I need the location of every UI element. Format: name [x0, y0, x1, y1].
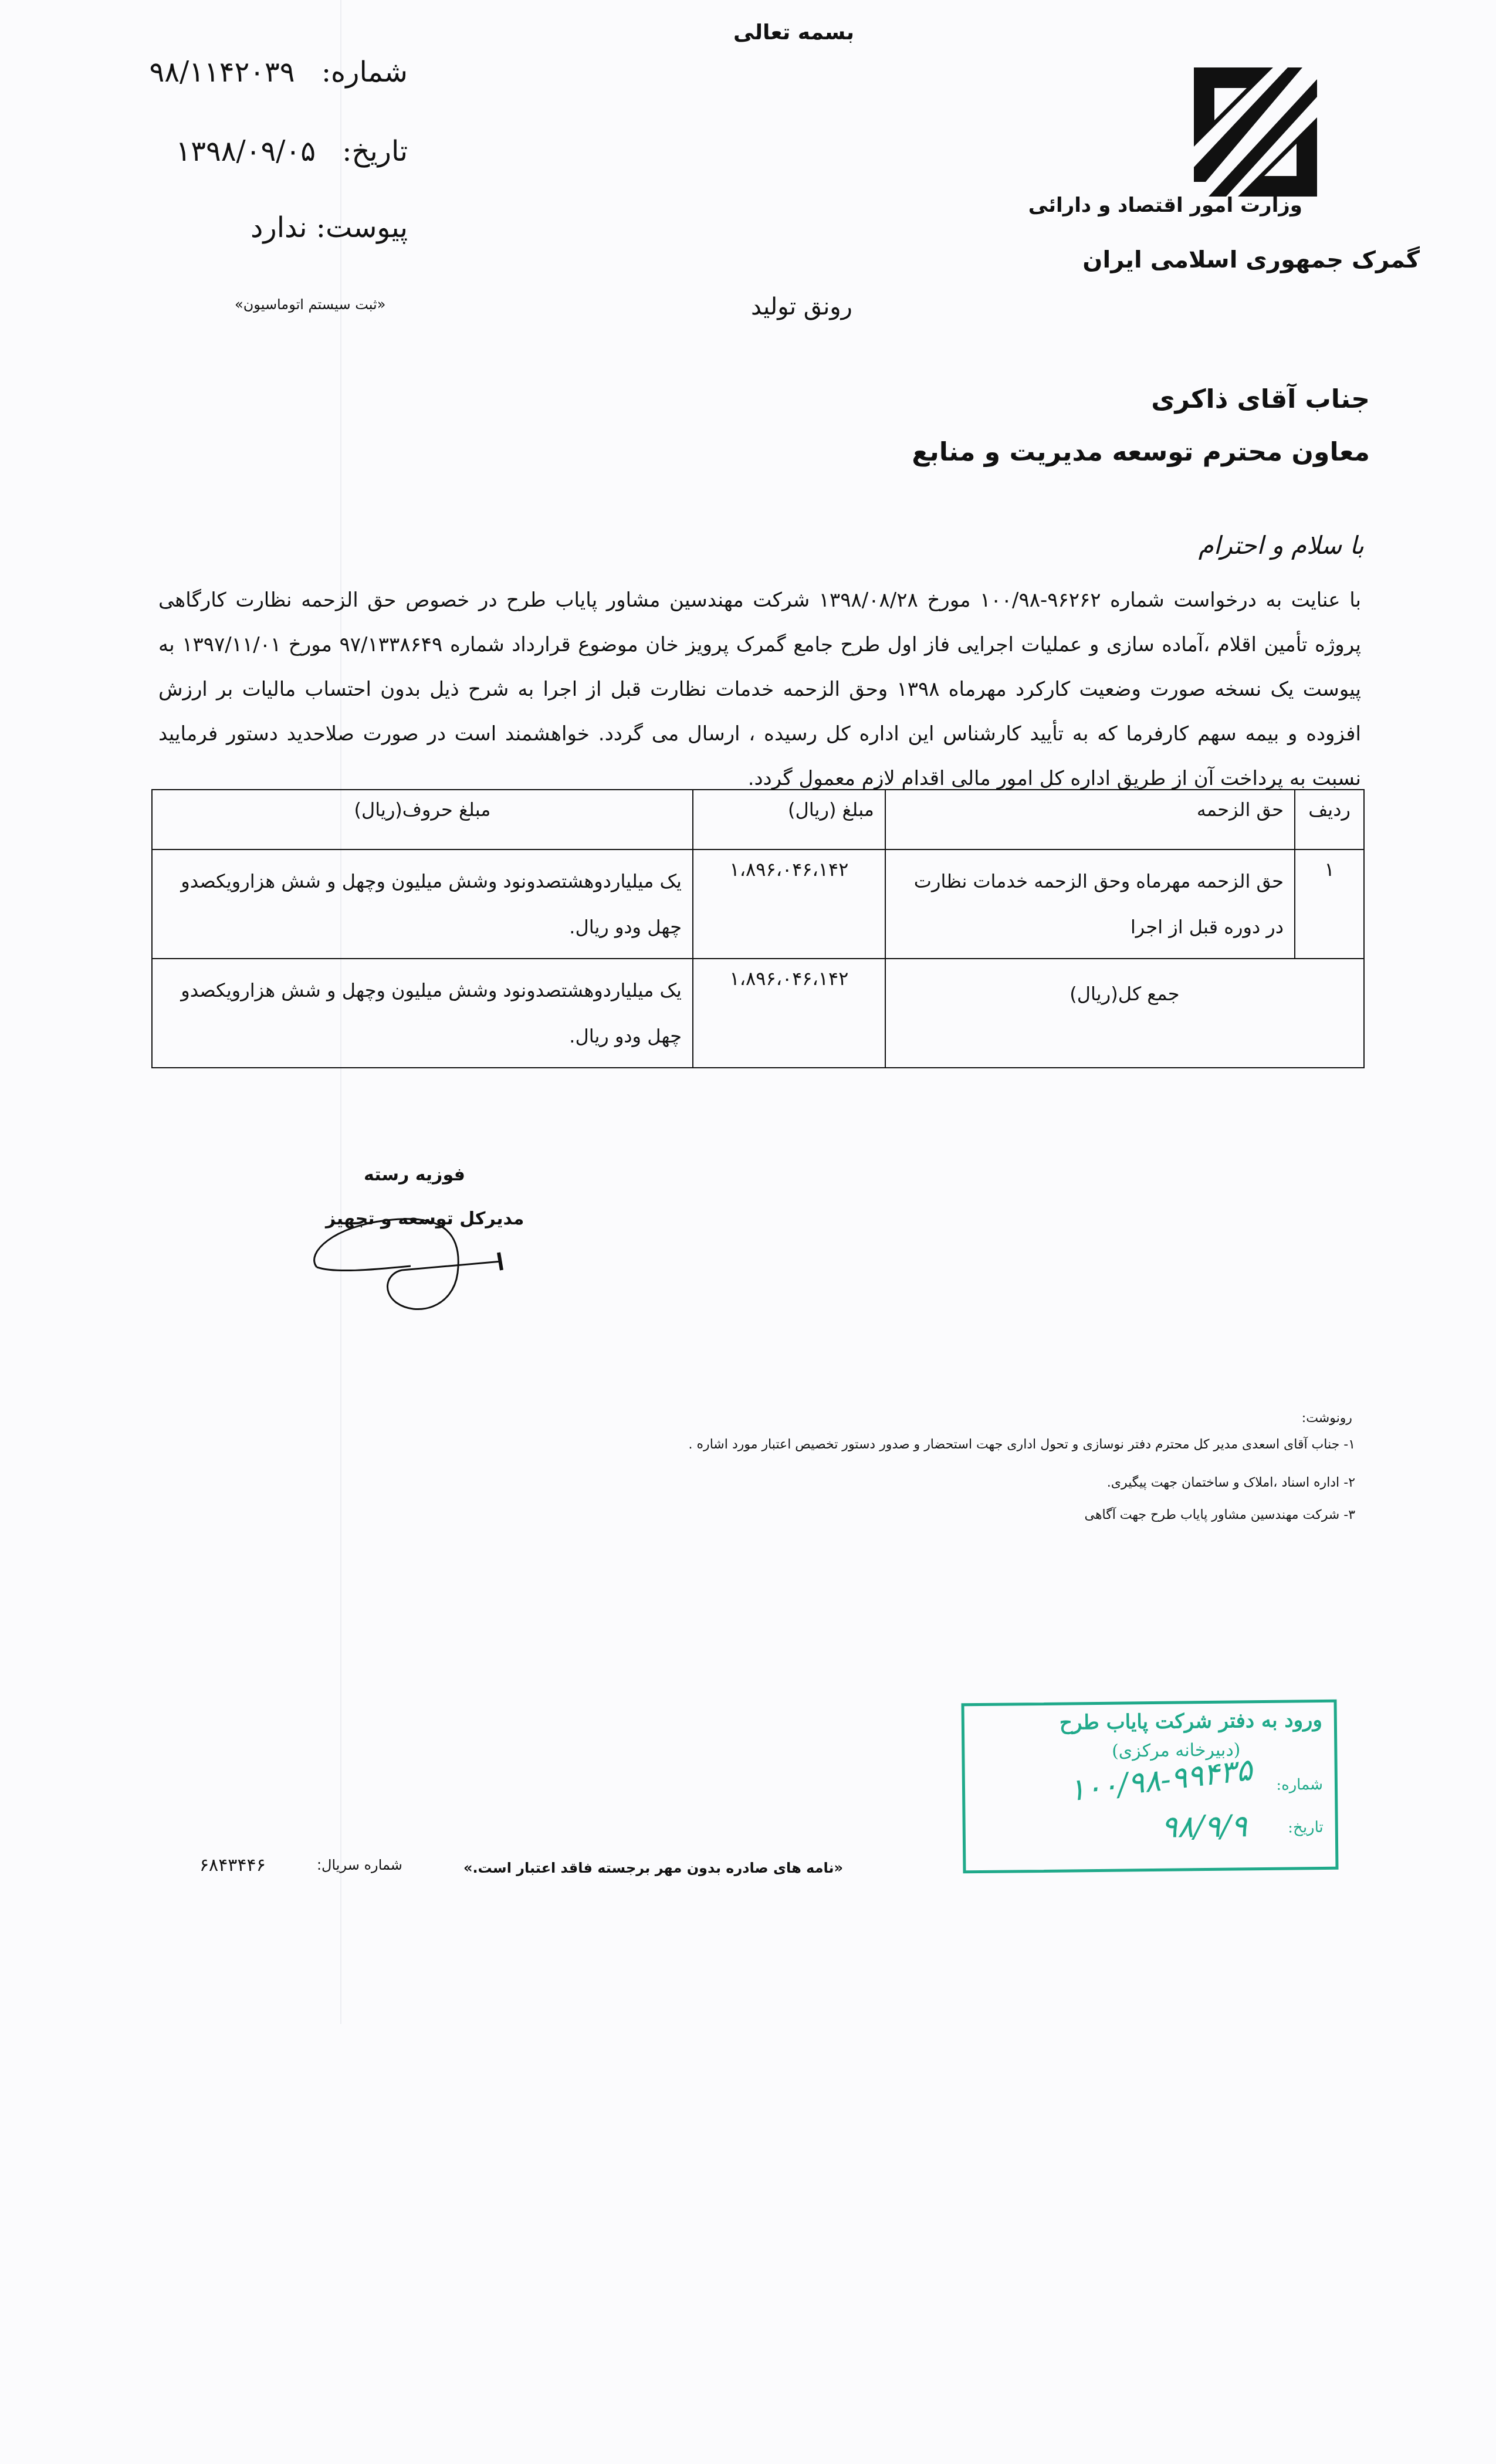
header-row-number: ردیف [1295, 790, 1364, 849]
total-amount: ۱،۸۹۶،۰۴۶،۱۴۲ [693, 959, 885, 1068]
letter-date-value: ۱۳۹۸/۰۹/۰۵ [175, 135, 316, 168]
customs-name: گمرک جمهوری اسلامی ایران [1082, 246, 1420, 273]
total-amount-words: یک میلیاردوهشتصدونود وشش میلیون وچهل و ش… [152, 959, 693, 1068]
letter-number: شماره: ۹۸/۱۱۴۲۰۳۹ [149, 56, 408, 89]
customs-logo-icon [1191, 65, 1320, 199]
cell-amount-words: یک میلیاردوهشتصدونود وشش میلیون وچهل و ش… [152, 849, 693, 959]
serial-number-value: ۶۸۴۳۴۴۶ [199, 1855, 266, 1876]
table-header-row: ردیف حق الزحمه مبلغ (ریال) مبلغ حروف(ریا… [152, 790, 1364, 849]
letter-number-value: ۹۸/۱۱۴۲۰۳۹ [149, 56, 295, 89]
cell-description: حق الزحمه مهرماه وحق الزحمه خدمات نظارت … [885, 849, 1295, 959]
total-label: جمع کل(ریال) [885, 959, 1364, 1068]
letter-body: با عنایت به درخواست شماره ۹۶۲۶۲-۱۰۰/۹۸ م… [158, 578, 1361, 801]
letter-date-label: تاریخ: [342, 135, 408, 168]
greeting: با سلام و احترام [1199, 531, 1364, 560]
recipient-title: معاون محترم توسعه مدیریت و منابع [912, 437, 1370, 467]
footer-validity-note: «نامه های صادره بدون مهر برجسته فاقد اعت… [463, 1860, 843, 1876]
header-description: حق الزحمه [885, 790, 1295, 849]
letter-number-label: شماره: [321, 56, 408, 89]
attachment-label: پیوست: [316, 211, 408, 244]
attachment-value: ندارد [251, 211, 307, 244]
cc-item: ۳- شرکت مهندسین مشاور پایاب طرح جهت آگاه… [1085, 1508, 1355, 1522]
table-row: ۱ حق الزحمه مهرماه وحق الزحمه خدمات نظار… [152, 849, 1364, 959]
ministry-name: وزارت امور اقتصاد و دارائی [1028, 194, 1302, 217]
serial-number-label: شماره سریال: [317, 1857, 402, 1873]
bismillah-heading: بسمه تعالی [733, 21, 854, 45]
header-amount-words: مبلغ حروف(ریال) [152, 790, 693, 849]
header-amount: مبلغ (ریال) [693, 790, 885, 849]
cc-item: ۱- جناب آقای اسعدی مدیر کل محترم دفتر نو… [689, 1437, 1355, 1452]
signer-name: فوزیه رسته [364, 1165, 465, 1185]
cell-amount: ۱،۸۹۶،۰۴۶،۱۴۲ [693, 849, 885, 959]
receipt-stamp: ورود به دفتر شرکت پایاب طرح (دبیرخانه مر… [961, 1700, 1338, 1874]
stamp-number-label: شماره: [1276, 1776, 1323, 1794]
fee-table: ردیف حق الزحمه مبلغ (ریال) مبلغ حروف(ریا… [151, 789, 1365, 1068]
stamp-line1: ورود به دفتر شرکت پایاب طرح [1060, 1708, 1322, 1735]
letter-date: تاریخ: ۱۳۹۸/۰۹/۰۵ [175, 135, 408, 168]
stamp-date-value: ۹۸/۹/۹ [1161, 1809, 1247, 1845]
year-slogan: رونق تولید [751, 293, 852, 320]
stamp-date-label: تاریخ: [1288, 1819, 1324, 1837]
letter-attachment: پیوست: ندارد [251, 211, 408, 244]
registration-note: «ثبت سیستم اتوماسیون» [235, 296, 385, 313]
cc-item: ۲- اداره اسناد ،املاک و ساختمان جهت پیگی… [1107, 1475, 1355, 1490]
cc-title: رونوشت: [1302, 1411, 1352, 1426]
cell-row-number: ۱ [1295, 849, 1364, 959]
table-total-row: جمع کل(ریال) ۱،۸۹۶،۰۴۶،۱۴۲ یک میلیاردوهش… [152, 959, 1364, 1068]
recipient-name: جناب آقای ذاکری [1151, 384, 1370, 414]
handwritten-signature-icon [299, 1203, 522, 1320]
